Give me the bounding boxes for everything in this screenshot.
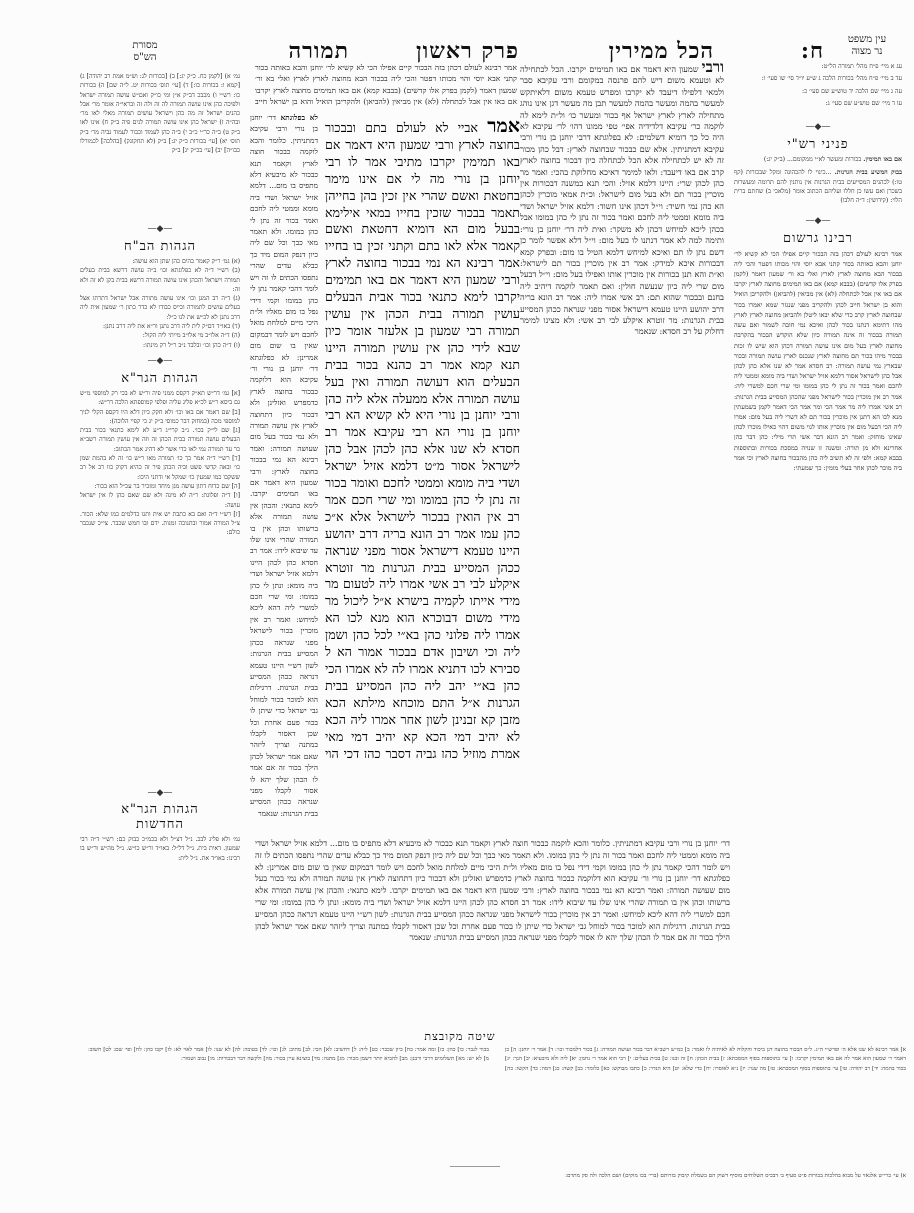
hagahot-hagra-chadashot-title: הגהות הגר"א החדשות: [80, 802, 240, 832]
masoret-title-line1: מסורת: [110, 40, 180, 52]
gemara-text-block: אמר אביי לא לעולם בתם ובבכור בחוצה לארץ …: [325, 118, 520, 758]
penini-rashi-head: אם באו תמימין.: [863, 156, 902, 163]
tosafot-text: שמעון היא דאמר אם באו תמימים יקרבו. הכל …: [520, 64, 724, 336]
hagahot-habach-entry: (ה) ד״ה אלו״ב מי אלו״ב מייתי ליה הקול:: [80, 331, 240, 340]
tractate-title: תמורה: [288, 38, 349, 64]
shita-mekubetzet-text: א] אמר רבינא לא שנו אלא ה׳ ופרש״י ה״ג. ל…: [88, 1046, 906, 1154]
hagahot-habach-entry: (ד) באו״ד דם״ק לית ליה דרב נתנן ור״א את …: [80, 322, 240, 331]
ein-mishpat-list: עג א מיי׳ פ״ח מהל׳ תמורה הל״ט: עד ב מיי׳…: [734, 62, 902, 108]
hagahot-hagra-entry: [א] גמ׳ דר״ש תא״ק דקסס ממני פיה ור״ש לא …: [80, 389, 240, 408]
hagahot-hagra-entry: [ד] רש״י ד״ה אמר כך כו׳ תמורה מאו ר״ש כו…: [80, 454, 240, 482]
rabbeinu-gershom-title: רבינו גרשום: [734, 230, 902, 246]
left-margin: גמ׳ א) [לקמן כח. כ״ק יג:] ב) [בכורות לג:…: [80, 72, 240, 1032]
footnote-text: א) עי׳ ברי״ט אלגאזי על מבוא בהלכות בכורו…: [450, 1172, 906, 1184]
penini-rashi-text: בכורות ומעשר לא״י ממקומם... (ב״ק יג:): [764, 156, 861, 163]
penini-rashi-entry: אם באו תמימין. בכורות ומעשר לא״י ממקומם.…: [734, 155, 902, 164]
hagra-chadashot-title-line1: הגהות הגר"א: [80, 802, 240, 817]
gemara-opening-word: אמר: [487, 118, 520, 137]
shita-mekubetzet-title: שיטה מקובצת: [380, 1030, 540, 1043]
hagahot-hagra-chadashot-text: גמ׳ ולא פליג לבכ. נ״ל דצ״ל ולא בכמ״כ כבו…: [80, 835, 240, 863]
right-margin: עג א מיי׳ פ״ח מהל׳ תמורה הל״ט: עד ב מיי׳…: [734, 62, 902, 1017]
masoret-hashas-text: גמ׳ א) [לקמן כח. כ״ק יג:] ב) [בכורות לג:…: [80, 72, 240, 220]
penini-rashi-entry: בבוק המשיע בבית הגרנות. ...כינוי לו להכה…: [734, 168, 902, 205]
hagahot-hagra-entry: [ז] רש״י ד״ה ואם בא כתבת יש אית ותגו כדל…: [80, 510, 240, 538]
hagahot-hagra-entry: [ו] ד״ה ופלוגת: ר״ה לא מינה ולא שם שאם כ…: [80, 491, 240, 510]
ein-mishpat-title: עין משפט נר מצוה: [832, 34, 902, 58]
tosafot-bottom-band: דר׳ יוחנן בן נורי ורבי עקיבא דמתניתין. כ…: [255, 838, 730, 1028]
tosafot-top-band: אמר רבינא לעולם דכהן בזה הבכור קיים אפיל…: [255, 62, 517, 108]
ornament-divider: —◆—: [734, 122, 902, 132]
ein-mishpat-title-line1: עין משפט: [832, 34, 902, 46]
hagahot-hagra-list: [א] גמ׳ דר״ש תא״ק דקסס ממני פיה ור״ש לא …: [80, 389, 240, 784]
ein-mishpat-entry: עה ג מיי׳ שם הלכה יד טוש״ע שם סעי׳ כ:: [734, 87, 902, 96]
ornament-divider: —◆—: [80, 788, 240, 798]
penini-rashi-head: בבוק המשיע בבית הגרנות.: [835, 169, 902, 176]
ein-mishpat-title-line2: נר מצוה: [832, 46, 902, 58]
ornament-divider: —◆—: [80, 356, 240, 366]
hagahot-habach-list: (א) גמ׳ ר״ק קאמר כהים כהן שתן הוא עושה: …: [80, 257, 240, 350]
hagahot-habach-entry: (ג) ד״ה רב המגן וכו׳ אינו עושה מתורה אבל…: [80, 294, 240, 322]
daf-number: ח:: [801, 38, 824, 64]
rabbeinu-gershom-text: אמר רבינא לעולם דכהן בזה הבכור קיים אפיל…: [734, 249, 902, 909]
ornament-divider: —◆—: [734, 216, 902, 226]
hagahot-hagra-entry: [ה] שם כדוח דתון עושה מגן מיחד ומזכיר בר…: [80, 482, 240, 491]
masoret-title-line2: הש"ס: [110, 52, 180, 64]
tosafot-opening-word: ורבי: [702, 62, 724, 76]
gemara-text-block-lower: [300, 700, 520, 810]
hagahot-habach-entry: (ו) ד״ה כהן וכו׳ ובלבד נ״ב ר״ל רק מינתו:: [80, 341, 240, 350]
gemara-text: אביי לא לעולם בתם ובבכור בחוצה לארץ ורבי…: [325, 120, 520, 758]
perek-title: פרק ראשון: [416, 38, 519, 64]
ein-mishpat-entry: עג א מיי׳ פ״ח מהל׳ תמורה הל״ט:: [734, 62, 902, 71]
masoret-hashas-title: מסורת הש"ס: [110, 40, 180, 64]
ein-mishpat-entry: עד ב מיי׳ פ״ח מהל׳ בכורות הלכה ג ש״ע יו״…: [734, 74, 902, 83]
hagahot-hagra-title: הגהות הגר"א: [80, 370, 240, 386]
rashi-intro: לא בפלוגתא: [280, 113, 318, 122]
ein-mishpat-entry: עו ד מיי׳ שם טוש״ע שם סעי׳ ג:: [734, 99, 902, 108]
hagahot-hagra-entry: [ג] שם לי״ק בכו׳. נ״ב קרי״ג ד״ע לא לימא …: [80, 426, 240, 454]
hagra-chadashot-title-line2: החדשות: [80, 817, 240, 832]
footnote-rule: [450, 1166, 500, 1167]
hagahot-habach-entry: (א) גמ׳ ר״ק קאמר כהים כהן שתן הוא עושה:: [80, 257, 240, 266]
hagahot-habach-entry: (ב) רש״י ד״ה לא כפלוגתא וכו׳ ב״ה עושה דר…: [80, 266, 240, 294]
penini-rashi-title: פניני רש"י: [734, 136, 902, 152]
chapter-title: הכל ממירין: [609, 38, 714, 64]
rashi-column: ורבי שמעון היא דאמר אם באו תמימים יקרבו.…: [520, 62, 724, 822]
hagahot-hagra-entry: [ב] שם דאמר אם באו וכו׳ ולא חקק כיון דלא…: [80, 408, 240, 427]
ornament-divider: —◆—: [80, 224, 240, 234]
tosafot-top-text: אמר רבינא לעולם דכהן בזה הבכור קיים אפיל…: [255, 63, 517, 108]
rashi-bottom-text: דר׳ יוחנן בן נורי ורבי עקיבא דמתניתין. כ…: [255, 839, 730, 942]
hagahot-habach-title: הגהות הב"ח: [80, 238, 240, 254]
